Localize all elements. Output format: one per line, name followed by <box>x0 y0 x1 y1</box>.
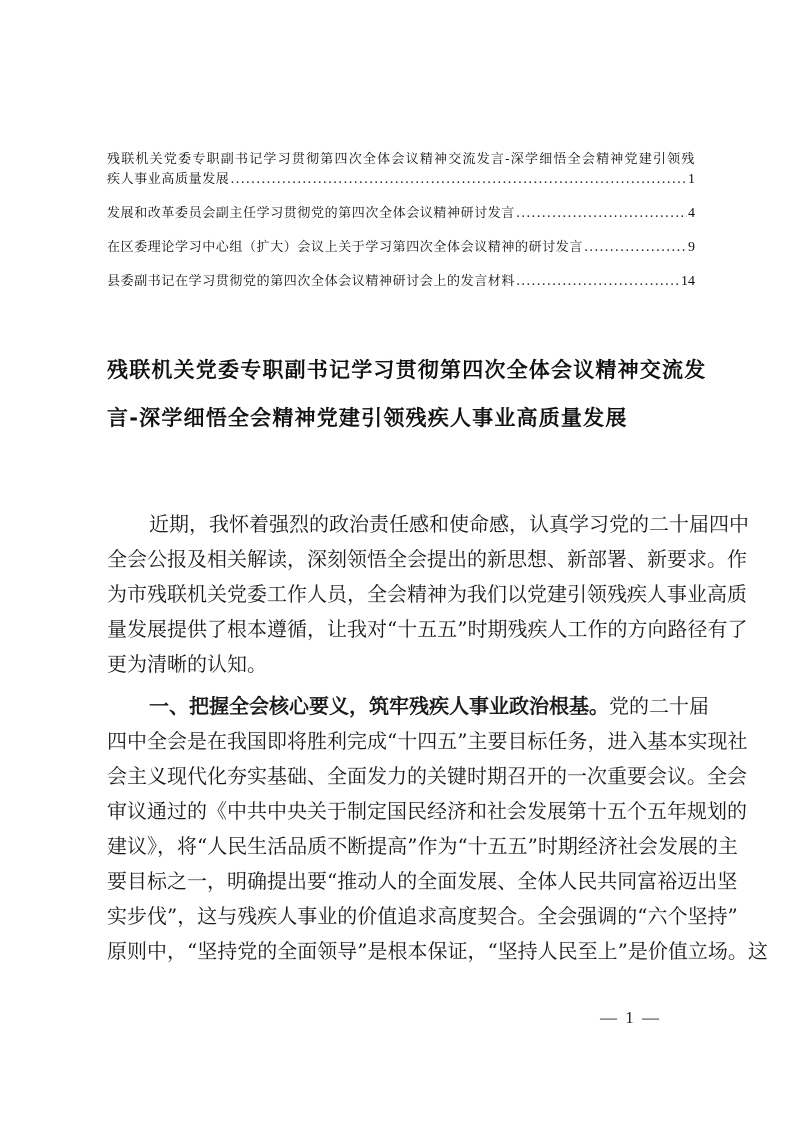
document-page: 残联机关党委专职副书记学习贯彻第四次全体会议精神交流发言-深学细悟全会精神党建引… <box>0 0 794 1122</box>
body-line: 近期，我怀着强烈的政治责任感和使命感，认真学习党的二十届四中 <box>107 507 693 542</box>
toc-page-number: 4 <box>688 204 695 224</box>
article-body: 近期，我怀着强烈的政治责任感和使命感，认真学习党的二十届四中 全会公报及相关解读… <box>107 507 693 969</box>
toc-entry-2[interactable]: 发展和改革委员会副主任学习贯彻党的第四次全体会议精神研讨发言 4 <box>107 204 695 224</box>
toc-entry-title: 在区委理论学习中心组（扩大）会议上关于学习第四次全体会议精神的研讨发言 <box>107 238 583 258</box>
section-heading: 一、把握全会核心要义，筑牢残疾人事业政治根基。 <box>149 694 609 718</box>
table-of-contents: 残联机关党委专职副书记学习贯彻第四次全体会议精神交流发言-深学细悟全会精神党建引… <box>107 150 695 306</box>
body-line: 四中全会是在我国即将胜利完成“十四五”主要目标任务，进入基本实现社 <box>107 724 693 759</box>
body-line: 为市残联机关党委工作人员，全会精神为我们以党建引领残疾人事业高质 <box>107 577 693 612</box>
toc-page-number: 1 <box>688 170 695 190</box>
body-line: 建议》，将“人民生活品质不断提高”作为“十五五”时期经济社会发展的主 <box>107 829 693 864</box>
paragraph-intro: 近期，我怀着强烈的政治责任感和使命感，认真学习党的二十届四中 全会公报及相关解读… <box>107 507 693 682</box>
page-number: — 1 — <box>600 1008 661 1028</box>
toc-entry-3[interactable]: 在区委理论学习中心组（扩大）会议上关于学习第四次全体会议精神的研讨发言 9 <box>107 238 695 258</box>
toc-entry-title-line1: 残联机关党委专职副书记学习贯彻第四次全体会议精神交流发言-深学细悟全会精神党建引… <box>107 150 695 170</box>
body-line: 会主义现代化夯实基础、全面发力的关键时期召开的一次重要会议。全会 <box>107 759 693 794</box>
article-title-line-2: 言-深学细悟全会精神党建引领残疾人事业高质量发展 <box>107 394 697 442</box>
body-line: 实步伐”，这与残疾人事业的价值追求高度契合。全会强调的“六个坚持” <box>107 899 693 934</box>
article-title-line-1: 残联机关党委专职副书记学习贯彻第四次全体会议精神交流发 <box>107 346 697 394</box>
body-line: 审议通过的《中共中央关于制定国民经济和社会发展第十五个五年规划的 <box>107 794 693 829</box>
body-line: 要目标之一，明确提出要“推动人的全面发展、全体人民共同富裕迈出坚 <box>107 864 693 899</box>
toc-entry-1[interactable]: 残联机关党委专职副书记学习贯彻第四次全体会议精神交流发言-深学细悟全会精神党建引… <box>107 150 695 190</box>
paragraph-section-1: 一、把握全会核心要义，筑牢残疾人事业政治根基。党的二十届 四中全会是在我国即将胜… <box>107 689 693 969</box>
toc-entry-title: 发展和改革委员会副主任学习贯彻党的第四次全体会议精神研讨发言 <box>107 204 515 224</box>
body-line: 原则中，“坚持党的全面领导”是根本保证，“坚持人民至上”是价值立场。这 <box>107 934 693 969</box>
toc-entry-title: 县委副书记在学习贯彻党的第四次全体会议精神研讨会上的发言材料 <box>107 272 515 292</box>
toc-dot-leader <box>516 204 687 224</box>
toc-entry-4[interactable]: 县委副书记在学习贯彻党的第四次全体会议精神研讨会上的发言材料 14 <box>107 272 695 292</box>
body-line: 更为清晰的认知。 <box>107 647 693 682</box>
toc-entry-title-line2: 疾人事业高质量发展 <box>107 170 229 190</box>
toc-dot-leader <box>584 238 687 258</box>
body-line: 量发展提供了根本遵循，让我对“十五五”时期残疾人工作的方向路径有了 <box>107 612 693 647</box>
body-line: 全会公报及相关解读，深刻领悟全会提出的新思想、新部署、新要求。作 <box>107 542 693 577</box>
article-title: 残联机关党委专职副书记学习贯彻第四次全体会议精神交流发 言-深学细悟全会精神党建… <box>107 346 697 442</box>
toc-dot-leader <box>516 272 680 292</box>
toc-dot-leader <box>230 170 687 190</box>
body-text: 党的二十届 <box>609 694 709 718</box>
toc-page-number: 14 <box>681 272 695 292</box>
section-heading-line: 一、把握全会核心要义，筑牢残疾人事业政治根基。党的二十届 <box>107 689 693 724</box>
toc-page-number: 9 <box>688 238 695 258</box>
